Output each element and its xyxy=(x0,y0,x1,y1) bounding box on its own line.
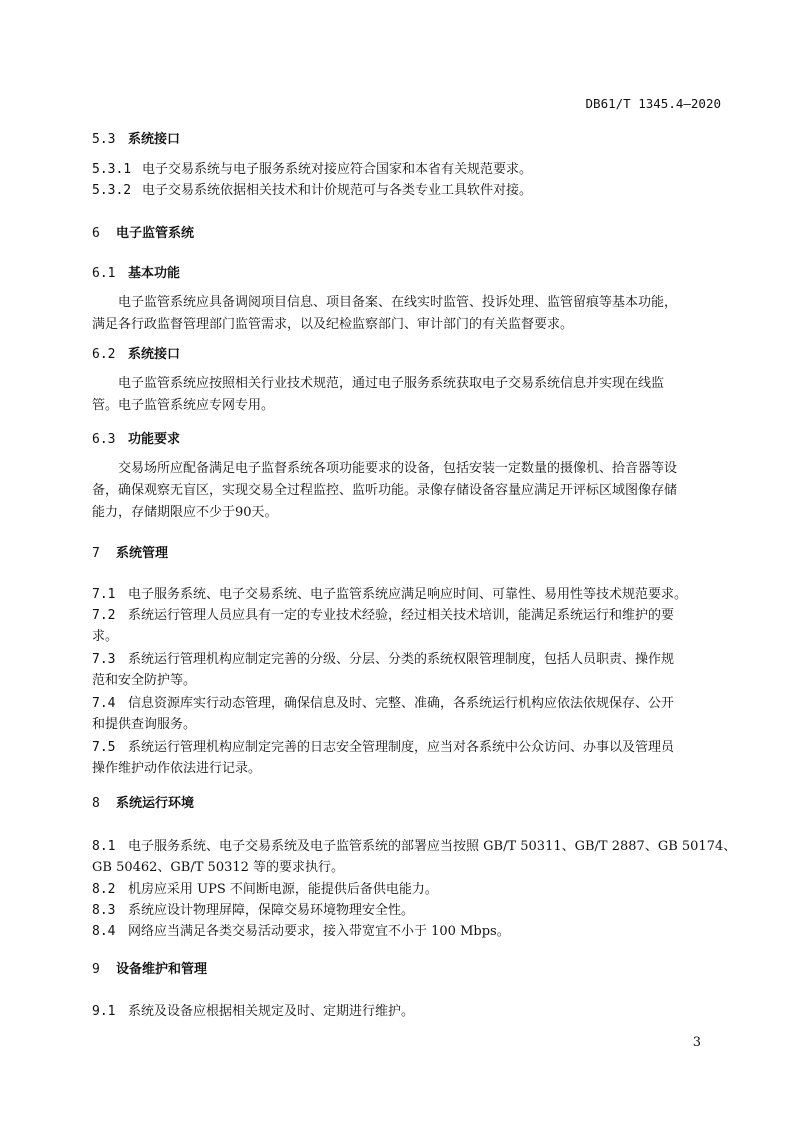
clause-text: 电子服务系统、电子交易系统及电子监管系统的部署应当按照 GB/T 50311、G… xyxy=(128,839,736,854)
paragraph-line: 交易场所应配备满足电子监督系统各项功能要求的设备，包括安装一定数量的摄像机、拾音… xyxy=(92,457,722,481)
clause-text: 系统运行管理机构应制定完善的分级、分层、分类的系统权限管理制度，包括人员职责、操… xyxy=(128,652,674,667)
clause-text: 机房应采用 UPS 不间断电源，能提供后备供电能力。 xyxy=(128,882,438,897)
clause-number: 8.4 xyxy=(92,920,128,944)
paragraph-line: 能力，存储期限应不少于90天。 xyxy=(92,501,722,525)
section-heading-6-3: 6.3功能要求 xyxy=(92,428,722,452)
chapter-title: 系统运行环境 xyxy=(116,796,194,811)
section-title: 系统接口 xyxy=(128,132,180,147)
clause-text-continued: GB 50462、GB/T 50312 等的要求执行。 xyxy=(92,856,722,880)
paragraph-line: 电子监管系统应具备调阅项目信息、项目备案、在线实时监管、投诉处理、监管留痕等基本… xyxy=(92,291,722,315)
clause-text: 系统及设备应根据相关规定及时、定期进行维护。 xyxy=(128,1004,414,1019)
clause-9-1: 9.1系统及设备应根据相关规定及时、定期进行维护。 xyxy=(92,1000,722,1024)
section-number: 6.3 xyxy=(92,428,128,452)
clause-text: 电子交易系统依据相关技术和计价规范可与各类专业工具软件对接。 xyxy=(142,183,532,198)
section-heading-5-3: 5.3系统接口 xyxy=(92,128,722,152)
chapter-number: 6 xyxy=(92,222,116,246)
clause-text-continued: 范和安全防护等。 xyxy=(92,669,722,693)
chapter-number: 9 xyxy=(92,958,116,982)
clause-text-continued: 操作维护动作依法进行记录。 xyxy=(92,757,722,781)
section-heading-6-2: 6.2系统接口 xyxy=(92,343,722,367)
paragraph-line: 满足各行政监督管理部门监管需求，以及纪检监察部门、审计部门的有关监督要求。 xyxy=(92,313,722,337)
clause-text: 电子服务系统、电子交易系统、电子监管系统应满足响应时间、可靠性、易用性等技术规范… xyxy=(128,587,687,602)
chapter-heading-9: 9设备维护和管理 xyxy=(92,958,722,982)
paragraph-line: 备，确保观察无盲区，实现交易全过程监控、监听功能。录像存储设备容量应满足开评标区… xyxy=(92,479,722,503)
section-title: 基本功能 xyxy=(128,266,180,281)
chapter-number: 8 xyxy=(92,792,116,816)
section-heading-6-1: 6.1基本功能 xyxy=(92,262,722,286)
clause-text: 系统运行管理机构应制定完善的日志安全管理制度，应当对各系统中公众访问、办事以及管… xyxy=(128,740,674,755)
document-page: DB61/T 1345.4—2020 5.3系统接口 5.3.1电子交易系统与电… xyxy=(0,0,793,1122)
chapter-title: 设备维护和管理 xyxy=(116,962,207,977)
document-code-header: DB61/T 1345.4—2020 xyxy=(586,96,721,111)
section-title: 系统接口 xyxy=(128,347,180,362)
clause-text: 网络应当满足各类交易活动要求，接入带宽宜不小于 100 Mbps。 xyxy=(128,924,510,939)
chapter-heading-7: 7系统管理 xyxy=(92,542,722,566)
clause-5-3-2: 5.3.2电子交易系统依据相关技术和计价规范可与各类专业工具软件对接。 xyxy=(92,179,722,203)
chapter-number: 7 xyxy=(92,542,116,566)
clause-text: 系统应设计物理屏障，保障交易环境物理安全性。 xyxy=(128,903,414,918)
clause-text: 电子交易系统与电子服务系统对接应符合国家和本省有关规范要求。 xyxy=(142,162,532,177)
paragraph-line: 管。电子监管系统应专网专用。 xyxy=(92,394,722,418)
clause-text: 信息资源库实行动态管理，确保信息及时、完整、准确，各系统运行机构应依法依规保存、… xyxy=(128,696,674,711)
clause-8-4: 8.4网络应当满足各类交易活动要求，接入带宽宜不小于 100 Mbps。 xyxy=(92,920,722,944)
chapter-title: 电子监管系统 xyxy=(116,226,194,241)
chapter-title: 系统管理 xyxy=(116,546,168,561)
chapter-heading-8: 8系统运行环境 xyxy=(92,792,722,816)
chapter-heading-6: 6电子监管系统 xyxy=(92,222,722,246)
section-number: 5.3 xyxy=(92,128,128,152)
clause-text: 系统运行管理人员应具有一定的专业技术经验，经过相关技术培训，能满足系统运行和维护… xyxy=(128,608,674,623)
clause-number: 9.1 xyxy=(92,1000,128,1024)
paragraph-line: 电子监管系统应按照相关行业技术规范，通过电子服务系统获取电子交易系统信息并实现在… xyxy=(92,372,722,396)
clause-text-continued: 和提供查询服务。 xyxy=(92,713,722,737)
section-number: 6.1 xyxy=(92,262,128,286)
section-title: 功能要求 xyxy=(128,432,180,447)
clause-text-continued: 求。 xyxy=(92,625,722,649)
section-number: 6.2 xyxy=(92,343,128,367)
page-number: 3 xyxy=(693,1035,701,1050)
clause-number: 5.3.2 xyxy=(92,179,142,203)
